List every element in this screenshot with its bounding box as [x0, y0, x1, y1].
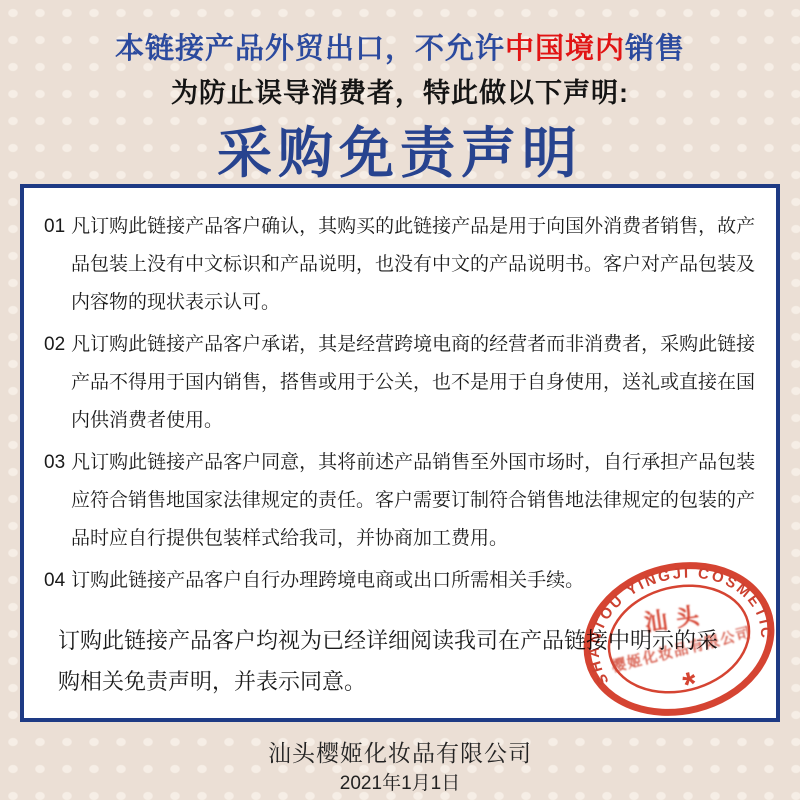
item-text: 凡订购此链接产品客户确认，其购买的此链接产品是用于向国外消费者销售，故产品包装上…: [71, 216, 755, 313]
statement-item-04: 04订购此链接产品客户自行办理跨境电商或出口所需相关手续。: [44, 562, 760, 600]
statement-item-02: 02凡订购此链接产品客户承诺，其是经营跨境电商的经营者而非消费者，采购此链接产品…: [44, 326, 760, 440]
item-text: 订购此链接产品客户自行办理跨境电商或出口所需相关手续。: [71, 570, 584, 591]
export-notice-part2: 销售: [625, 33, 685, 65]
footer-date: 2021年1月1日: [0, 768, 800, 795]
statement-item-03: 03凡订购此链接产品客户同意，其将前述产品销售至外国市场时，自行承担产品包装应符…: [44, 444, 760, 558]
closing-paragraph: 订购此链接产品客户均视为已经详细阅读我司在产品链接中明示的采购相关免责声明，并表…: [44, 620, 760, 702]
export-notice-highlight: 中国境内: [505, 33, 625, 65]
purpose-line: 为防止误导消费者，特此做以下声明:: [0, 71, 800, 110]
item-number: 04: [44, 570, 65, 591]
export-notice-part1: 本链接产品外贸出口，不允许: [115, 33, 505, 65]
item-number: 02: [44, 334, 65, 355]
item-number: 01: [44, 216, 65, 237]
item-text: 凡订购此链接产品客户承诺，其是经营跨境电商的经营者而非消费者，采购此链接产品不得…: [71, 334, 755, 431]
item-text: 凡订购此链接产品客户同意，其将前述产品销售至外国市场时，自行承担产品包装应符合销…: [71, 452, 755, 549]
export-notice-line: 本链接产品外贸出口，不允许中国境内销售: [0, 26, 800, 67]
page-title: 采购免责声明: [0, 109, 800, 188]
item-number: 03: [44, 452, 65, 473]
statement-item-01: 01凡订购此链接产品客户确认，其购买的此链接产品是用于向国外消费者销售，故产品包…: [44, 208, 760, 322]
statement-box: 01凡订购此链接产品客户确认，其购买的此链接产品是用于向国外消费者销售，故产品包…: [20, 184, 780, 722]
footer-company-name: 汕头樱姬化妆品有限公司: [0, 735, 800, 768]
